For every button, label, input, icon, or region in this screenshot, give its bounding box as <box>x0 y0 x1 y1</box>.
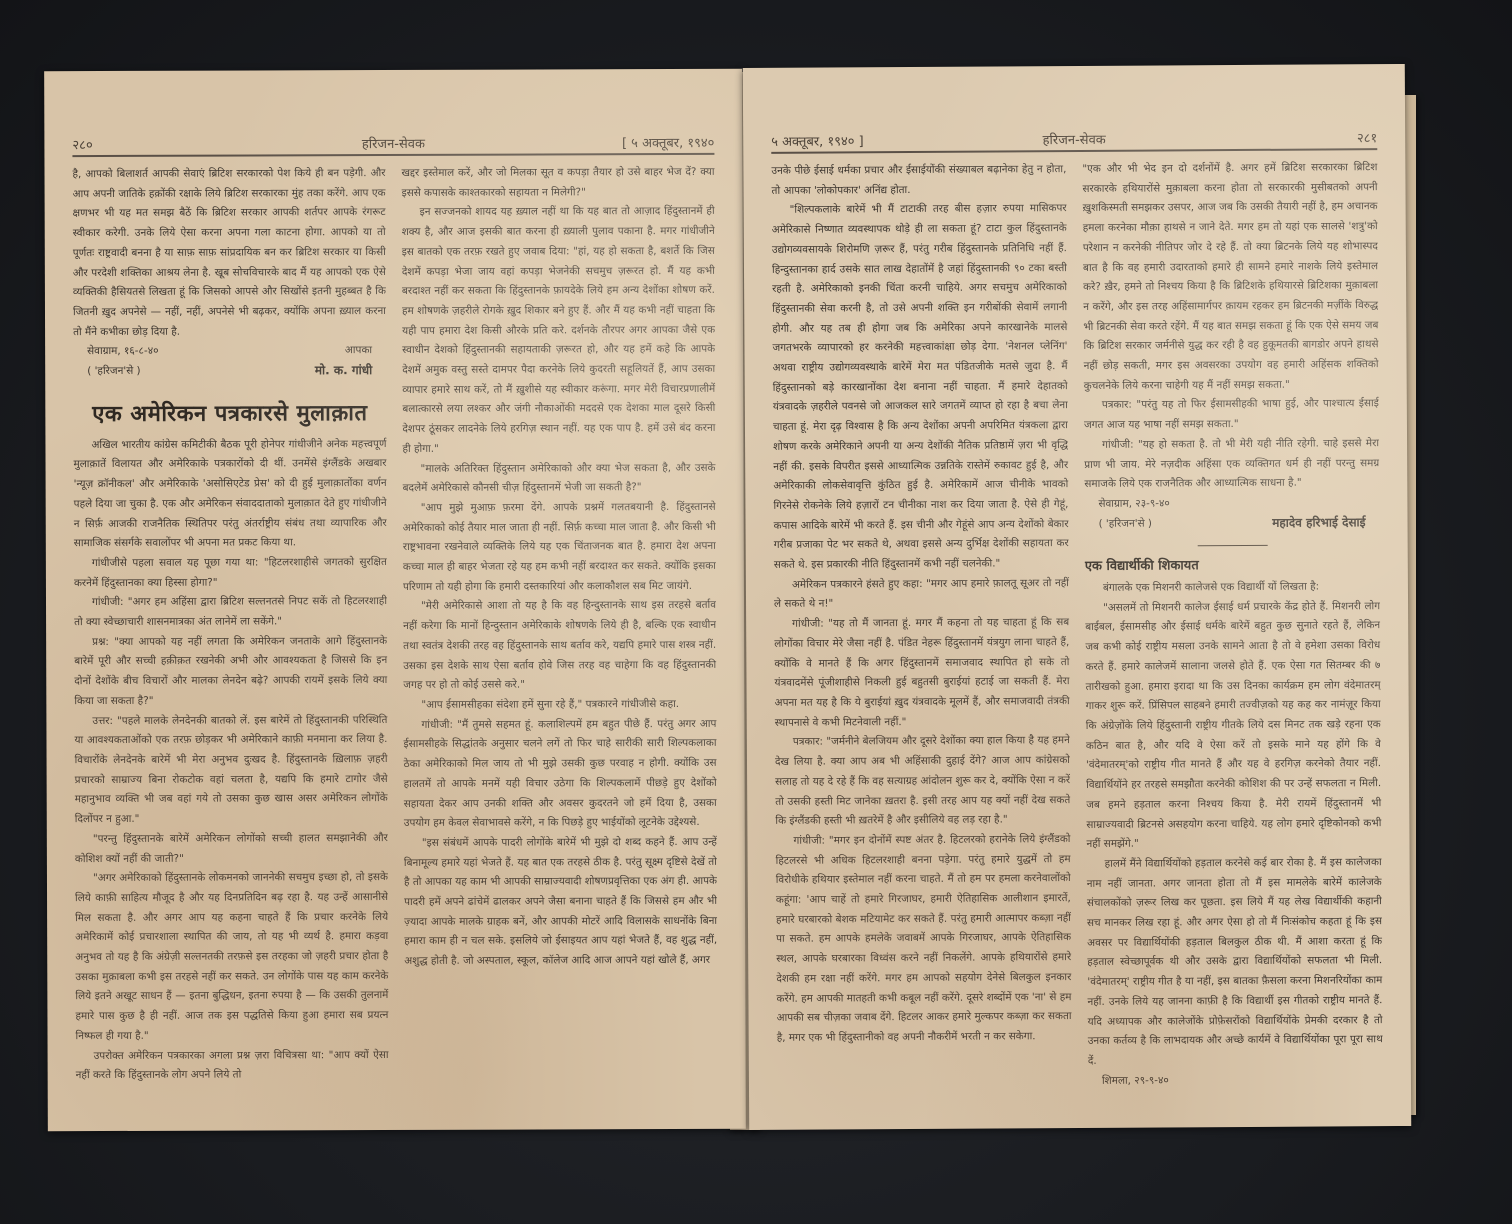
article-subheadline: एक विद्यार्थीकी शिकायत <box>1085 556 1380 578</box>
signoff-place: सेवाग्राम, २३-९-४० <box>1098 494 1170 514</box>
paragraph: गांधीजी: "मगर इन दोनोंमें स्पष्ट अंतर है… <box>775 830 1071 1049</box>
signoff-source: ( 'हरिजन'से ) <box>87 362 140 382</box>
signoff-place: शिमला, २९-९-४० <box>1102 1071 1169 1088</box>
section-divider <box>1197 545 1267 546</box>
paragraph: "आप ईसामसीहका संदेशा हमें सुना रहे हैं,"… <box>403 695 716 716</box>
paragraph: बंगालके एक मिशनरी कालेजसे एक विद्यार्थी … <box>1085 577 1380 599</box>
signoff-source: ( 'हरिजन'से ) <box>1098 514 1152 534</box>
paragraph: गांधीजीसे पहला सवाल यह पूछा गया था: "हिट… <box>74 553 387 593</box>
author-name: मो. क. गांधी <box>315 361 372 381</box>
paragraph: गांधीजी: "अगर हम अहिंसा द्वारा ब्रिटिश स… <box>74 592 387 632</box>
paragraph: उपरोक्त अमेरिकन पत्रकारका अगला प्रश्न ज़… <box>76 1046 389 1086</box>
paragraph: गांधीजी: "यह हो सकता है. तो भी मेरी यही … <box>1084 434 1379 495</box>
publication-title: हरिजन-सेवक <box>72 133 714 153</box>
paragraph: उनके पीछे ईसाई धर्मका प्रचार और ईसाईयोंक… <box>771 160 1066 201</box>
paragraph: "मेरी अमेरिकासे आशा तो यह है कि वह हिन्द… <box>403 596 716 696</box>
paragraph: "मालके अतिरिक्त हिंदुस्तान अमेरिकाको और … <box>403 458 716 498</box>
paragraph: "एक और भी भेद इन दो दर्शनोंमें है. अगर ह… <box>1082 158 1378 396</box>
column-1: उनके पीछे ईसाई धर्मका प्रचार और ईसाईयोंक… <box>771 160 1072 1090</box>
signoff-place: सेवाग्राम, १६-८-४० <box>87 342 158 362</box>
signoff-yours: आपका <box>345 341 372 361</box>
article-headline: एक अमेरिकन पत्रकारसे मुलाक़ात <box>73 399 386 430</box>
paragraph: "अगर अमेरिकाको हिंदुस्तानके लोकमनको जानन… <box>75 868 389 1046</box>
column-2: खद्दर इस्तेमाल करें, और जो मिलका सूत व क… <box>401 163 717 1090</box>
paragraph: "शिल्पकलाके बारेमें भी मैं टाटाकी तरह बी… <box>772 199 1069 575</box>
paragraph: पत्रकार: "परंतु यह तो फिर ईसामसीहकी भाषा… <box>1084 395 1379 436</box>
paragraph: उत्तर: "पहले मालके लेनदेनकी बातको लें. इ… <box>74 711 387 830</box>
paragraph: गांधीजी: "मैं तुमसे सहमत हूं. कलाशिल्पमे… <box>403 715 716 834</box>
author-name: महादेव हरिभाई देसाई <box>1272 513 1365 533</box>
paragraph: "आप मुझे मुआफ़ फ़रमा देंगे. आपके प्रश्नम… <box>403 498 716 598</box>
publication-title: हरिजन-सेवक <box>771 128 1377 150</box>
paragraph: अखिल भारतीय कांग्रेस कमिटीकी बैठक पूरी ह… <box>73 435 386 554</box>
paragraph: "परन्तु हिंदुस्तानके बारेमें अमेरिकन लोग… <box>75 829 388 869</box>
column-1: है, आपको बिलाशर्त आपकी सेवाएं ब्रिटिश सर… <box>72 164 388 1091</box>
running-head: २८० हरिजन-सेवक [ ५ अक्तूबर, १९४० <box>72 129 714 153</box>
paragraph: अमेरिकन पत्रकारने हंसते हुए कहा: "मगर आप… <box>774 574 1069 615</box>
paragraph: खद्दर इस्तेमाल करें, और जो मिलका सूत व क… <box>401 163 714 203</box>
paragraph: प्रश्न: "क्या आपको यह नहीं लगता कि अमेरि… <box>74 632 387 712</box>
paragraph: हालमें मैंने विद्यार्थियोंको हड़ताल करने… <box>1087 853 1383 1072</box>
paragraph: पत्रकार: "जर्मनीने बेलजियम और दूसरे देशो… <box>775 731 1071 831</box>
paragraph: इन सज्जनको शायद यह ख़्याल नहीं था कि यह … <box>402 202 716 459</box>
column-2: "एक और भी भेद इन दो दर्शनोंमें है. अगर ह… <box>1082 158 1383 1088</box>
right-page: ५ अक्तूबर, १९४० ] हरिजन-सेवक २८१ उनके पी… <box>743 64 1411 1130</box>
header-rule <box>72 153 714 157</box>
paragraph: है, आपको बिलाशर्त आपकी सेवाएं ब्रिटिश सर… <box>72 164 386 342</box>
left-page: २८० हरिजन-सेवक [ ५ अक्तूबर, १९४० है, आपक… <box>44 69 746 1131</box>
running-head: ५ अक्तूबर, १९४० ] हरिजन-सेवक २८१ <box>771 124 1377 150</box>
paragraph: "इस संबंधमें आपके पादरी लोगोंके बारेमें … <box>404 833 717 972</box>
paragraph: "असलमें तो मिशनरी कालेज ईसाई धर्म प्रचार… <box>1085 597 1382 855</box>
paragraph: गांधीजी: "यह तो मैं जानता हूं. मगर मैं क… <box>774 613 1070 733</box>
